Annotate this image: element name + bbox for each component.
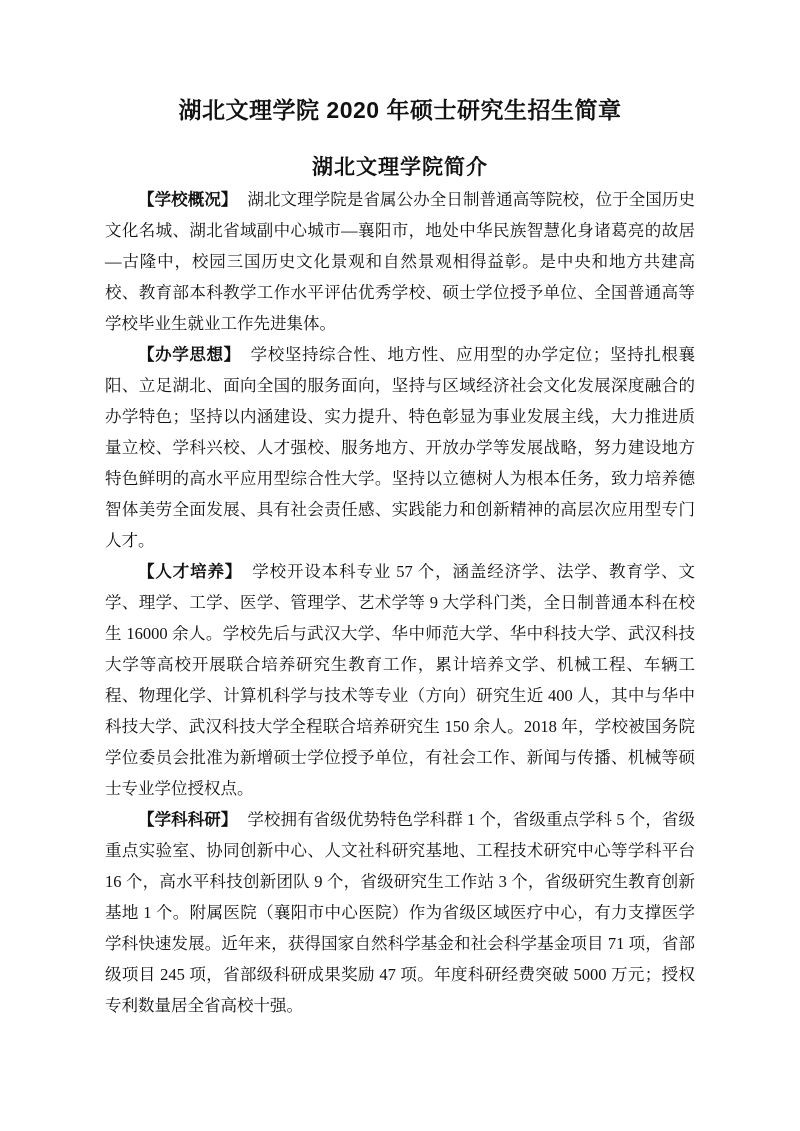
section-label: 【学科科研】 bbox=[138, 810, 237, 829]
paragraph: 【办学思想】学校坚持综合性、地方性、应用型的办学定位；坚持扎根襄阳、立足湖北、面… bbox=[105, 339, 695, 556]
document-subtitle: 湖北文理学院简介 bbox=[0, 152, 800, 182]
section-text: 学校拥有省级优势特色学科群 1 个，省级重点学科 5 个，省级重点实验室、协同创… bbox=[105, 810, 695, 1015]
section-label: 【办学思想】 bbox=[138, 345, 241, 364]
section-label: 【学校概况】 bbox=[138, 190, 238, 209]
section-text: 学校开设本科专业 57 个，涵盖经济学、法学、教育学、文学、理学、工学、医学、管… bbox=[105, 562, 695, 798]
document-page: 湖北文理学院 2020 年硕士研究生招生简章 湖北文理学院简介 【学校概况】湖北… bbox=[0, 0, 800, 1131]
section-text: 湖北文理学院是省属公办全日制普通高等院校，位于全国历史文化名城、湖北省域副中心城… bbox=[105, 190, 695, 333]
paragraph: 【学科科研】学校拥有省级优势特色学科群 1 个，省级重点学科 5 个，省级重点实… bbox=[105, 804, 695, 1021]
document-title: 湖北文理学院 2020 年硕士研究生招生简章 bbox=[0, 0, 800, 126]
paragraph: 【学校概况】湖北文理学院是省属公办全日制普通高等院校，位于全国历史文化名城、湖北… bbox=[105, 184, 695, 339]
section-text: 学校坚持综合性、地方性、应用型的办学定位；坚持扎根襄阳、立足湖北、面向全国的服务… bbox=[105, 345, 695, 550]
paragraph: 【人才培养】学校开设本科专业 57 个，涵盖经济学、法学、教育学、文学、理学、工… bbox=[105, 556, 695, 804]
paragraph-list: 【学校概况】湖北文理学院是省属公办全日制普通高等院校，位于全国历史文化名城、湖北… bbox=[105, 184, 695, 1021]
section-label: 【人才培养】 bbox=[138, 562, 242, 581]
